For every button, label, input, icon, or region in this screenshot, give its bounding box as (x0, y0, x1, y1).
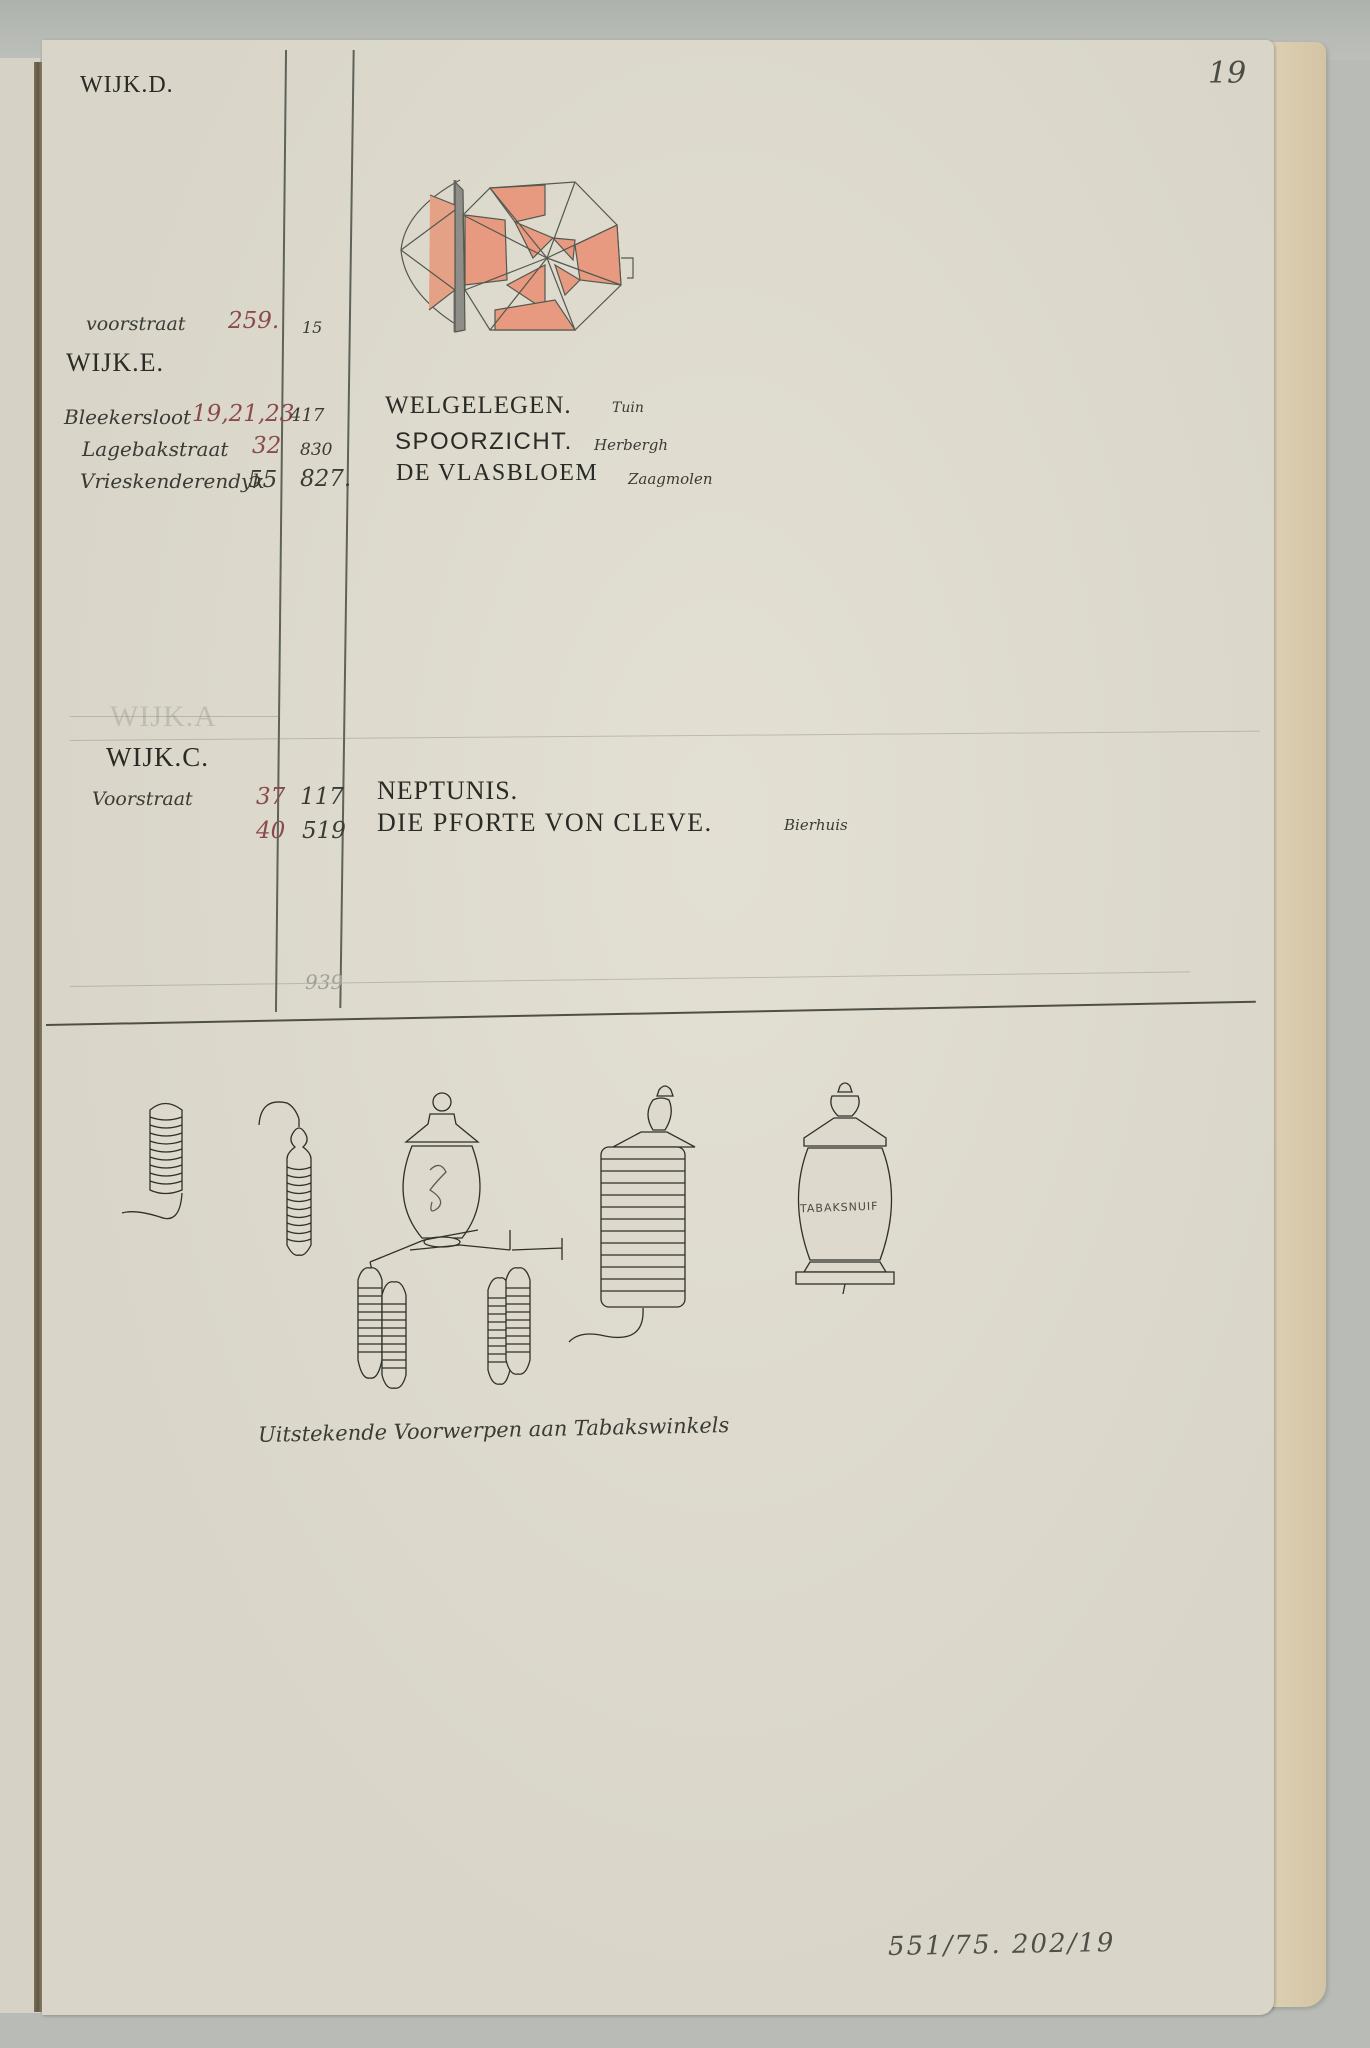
street-name: Vrieskenderendyk (80, 469, 264, 493)
establishment-name: NEPTUNIS. (377, 776, 518, 806)
establishment-type: Bierhuis (784, 816, 848, 834)
ref-number: 827. (300, 466, 351, 492)
section-heading-wijk-c: WIJK.C. (106, 742, 209, 773)
book-binding (34, 62, 42, 2012)
tobacco-jar-drawing (790, 1080, 900, 1310)
section-heading-wijk-d: WIJK.D. (80, 72, 174, 99)
house-number: 40 (256, 818, 285, 844)
ref-number: 519 (302, 818, 346, 844)
ref-number: 830 (300, 440, 332, 460)
hanging-weight-drawing (255, 1095, 335, 1270)
establishment-name: SPOORZICHT. (395, 428, 573, 456)
struck-heading-wijk-a: WIJK.A (110, 700, 217, 734)
tobacco-jar-with-spools-drawing (350, 1090, 560, 1390)
jar-label-text: TABAKSNUIF (800, 1200, 879, 1216)
page-number: 19 (1208, 56, 1246, 91)
street-name: Lagebakstraat (82, 437, 228, 461)
establishment-type: Zaagmolen (628, 470, 713, 488)
establishment-name: DIE PFORTE VON CLEVE. (377, 808, 713, 838)
archive-reference: 551/75. 202/19 (888, 1928, 1116, 1962)
establishment-name: DE VLASBLOEM (396, 460, 598, 487)
ref-number: 15 (302, 318, 322, 337)
ref-number: 417 (290, 405, 324, 426)
house-number: 32 (252, 433, 281, 459)
hanging-coil-drawing (120, 1095, 230, 1235)
house-number: 55 (248, 467, 277, 493)
street-name: Voorstraat (92, 788, 193, 810)
establishment-type: Herbergh (594, 436, 668, 454)
house-number: 37 (256, 784, 285, 810)
establishment-type: Tuin (612, 400, 644, 416)
ref-number: 117 (300, 784, 344, 810)
pencil-total: 939 (305, 970, 343, 994)
tall-coil-drawing (565, 1082, 695, 1352)
ledger-page (42, 40, 1274, 2015)
section-heading-wijk-e: WIJK.E. (66, 348, 164, 378)
umbrella-sign-drawing (395, 170, 635, 340)
establishment-name: WELGELEGEN. (385, 392, 572, 420)
street-name: Bleekersloot (64, 405, 191, 429)
house-number: 19,21,23 (192, 401, 294, 427)
street-name: voorstraat (86, 313, 185, 335)
house-number: 259. (228, 308, 279, 334)
